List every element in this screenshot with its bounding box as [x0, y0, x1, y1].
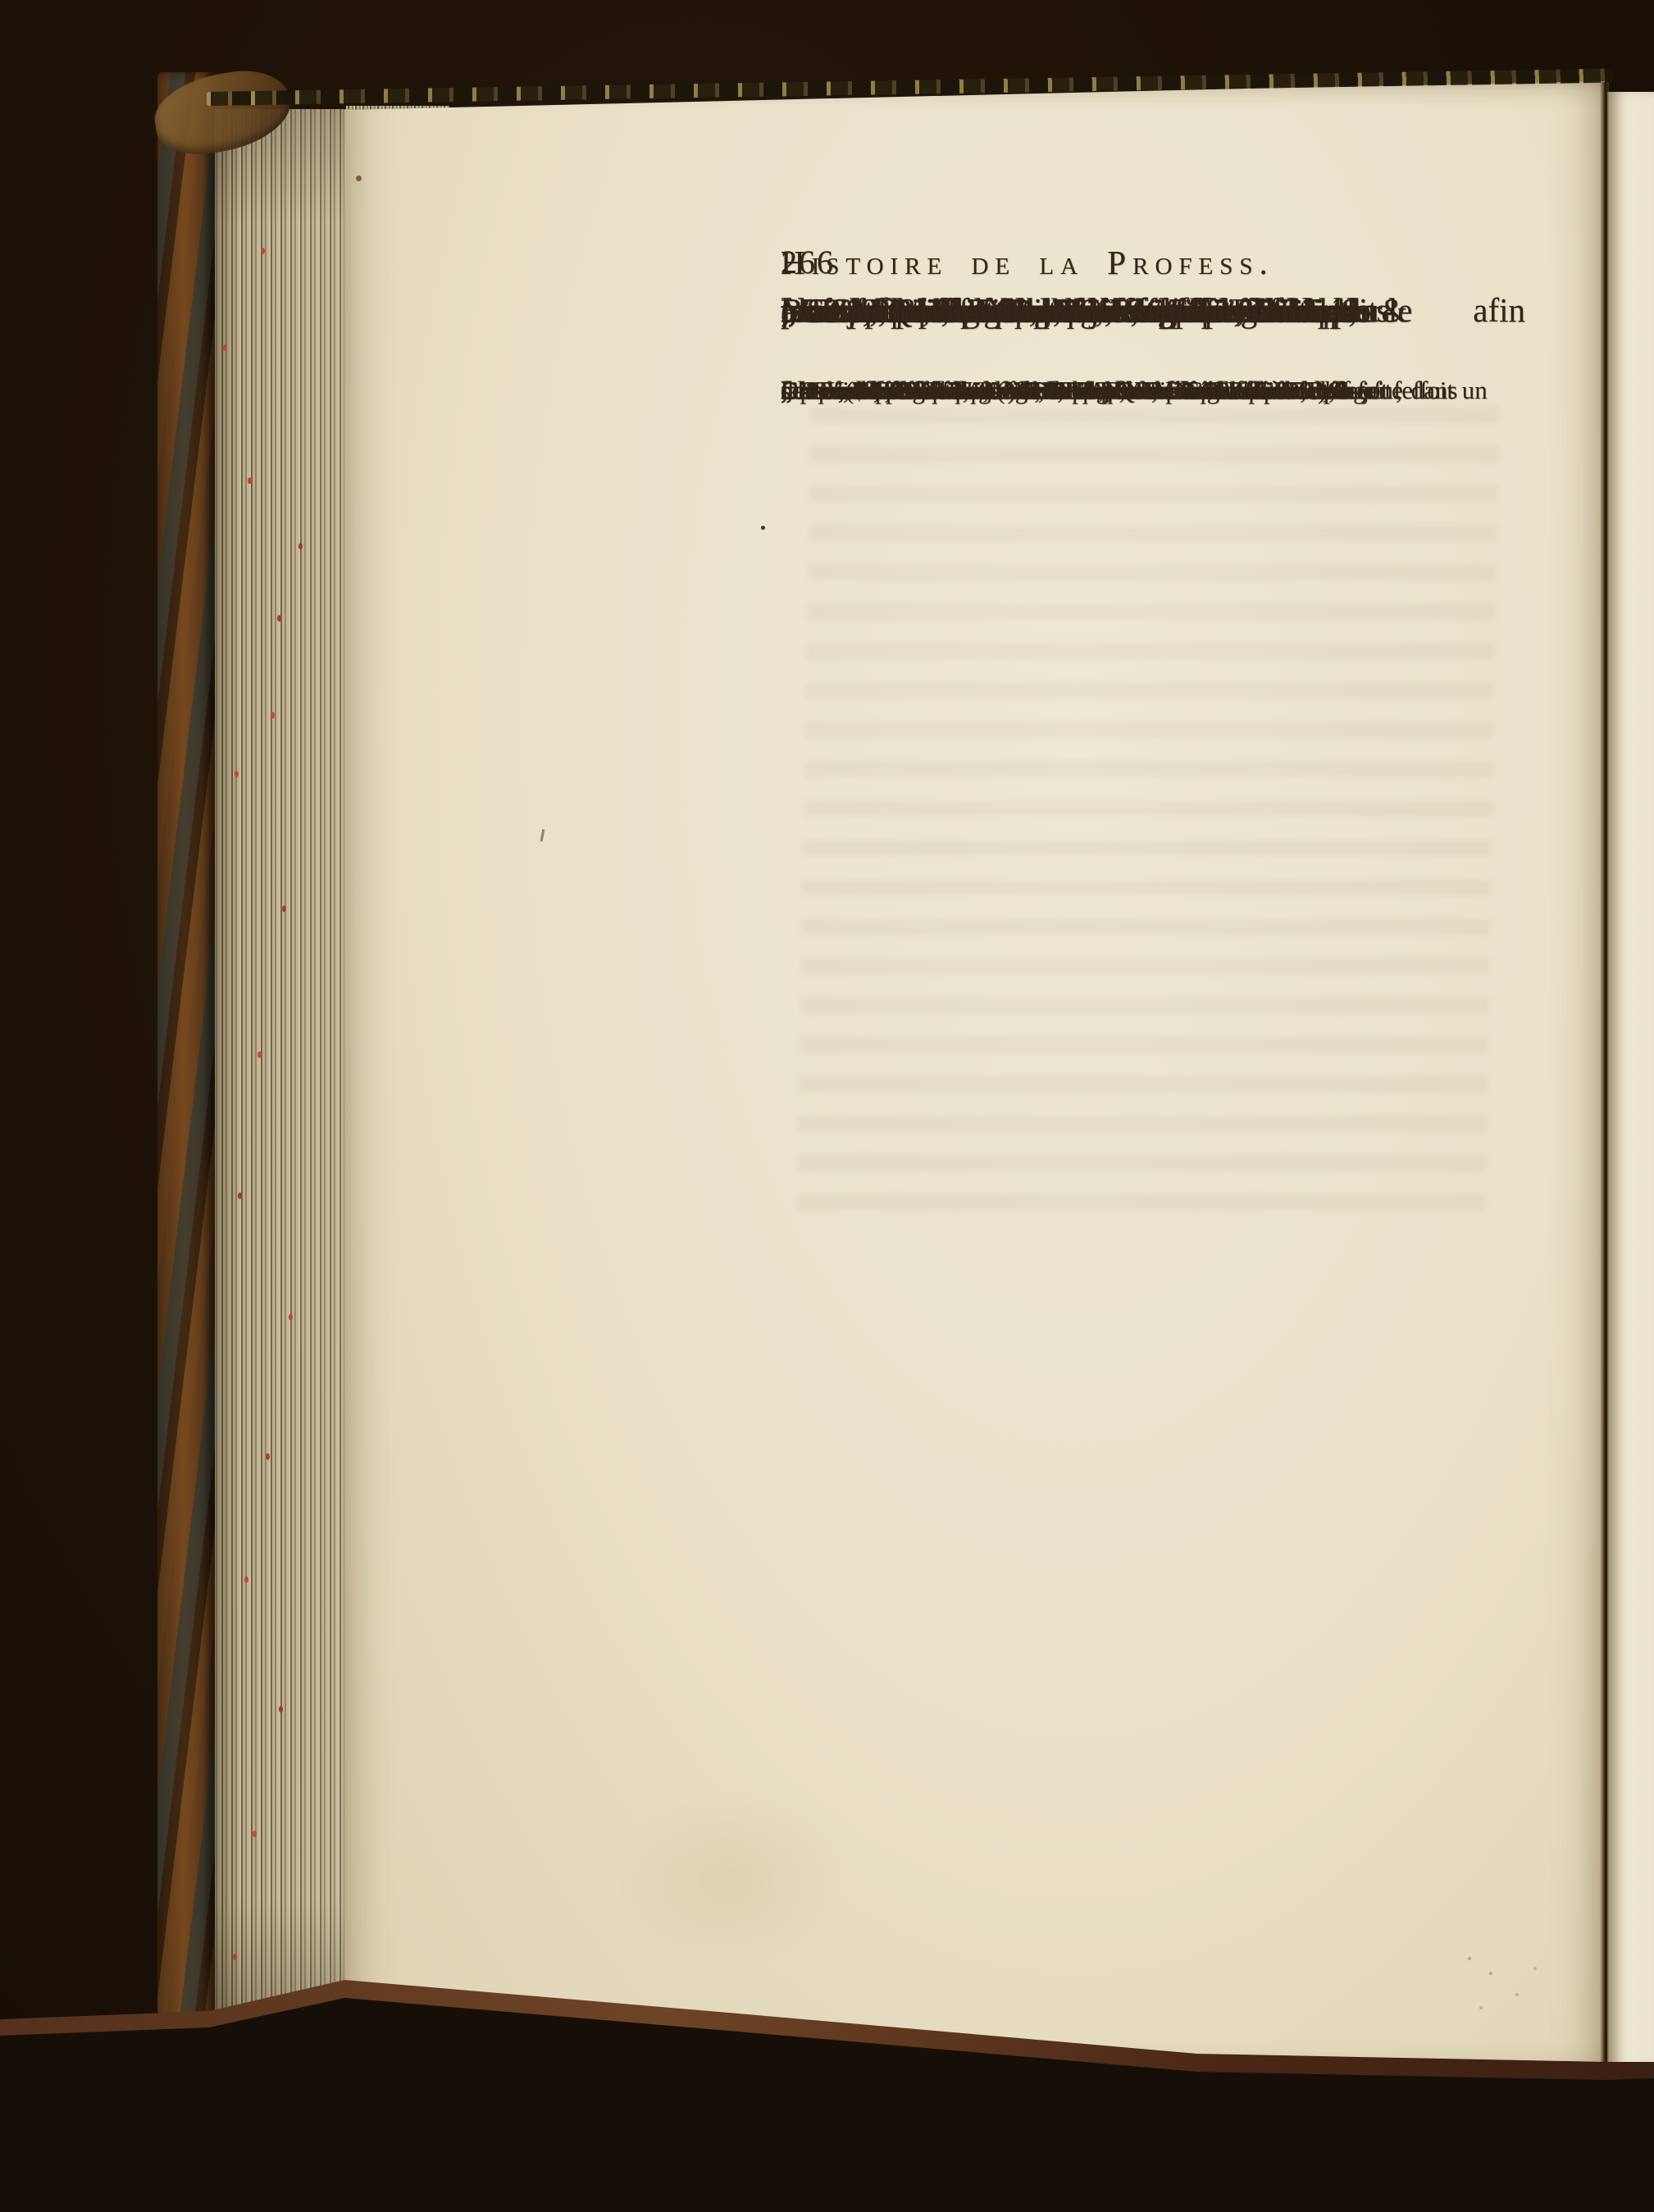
running-title: Histoire de la Profess.	[781, 243, 1307, 282]
text-column: 266 Histoire de la Profess. ment & la vi…	[781, 243, 1537, 374]
gutter-crease	[1600, 82, 1609, 2067]
paper-speck	[540, 829, 545, 841]
page-fore-edges	[210, 109, 349, 2014]
photo-background: 266 Histoire de la Profess. ment & la vi…	[0, 0, 1654, 2212]
book-page: 266 Histoire de la Profess. ment & la vi…	[344, 79, 1605, 2070]
foxing-specks	[1468, 1957, 1471, 1960]
paper-speck	[356, 176, 362, 181]
book: 266 Histoire de la Profess. ment & la vi…	[0, 0, 1654, 2212]
paper-stain	[615, 1793, 845, 1965]
facing-page-edge	[1607, 92, 1654, 2068]
footnote-line: „ nie conſiſte en lui. ( M E T A P H. li…	[781, 374, 1326, 407]
text-line: avec leurs Pagodes & leurs Superſtitions…	[781, 290, 1356, 330]
page-header: 266 Histoire de la Profess.	[781, 243, 1537, 282]
paper-speck	[761, 526, 765, 530]
fore-edge-speckles	[223, 344, 227, 351]
bleed-through-ghost	[796, 390, 1499, 1211]
book-cover-edge	[157, 72, 215, 2024]
